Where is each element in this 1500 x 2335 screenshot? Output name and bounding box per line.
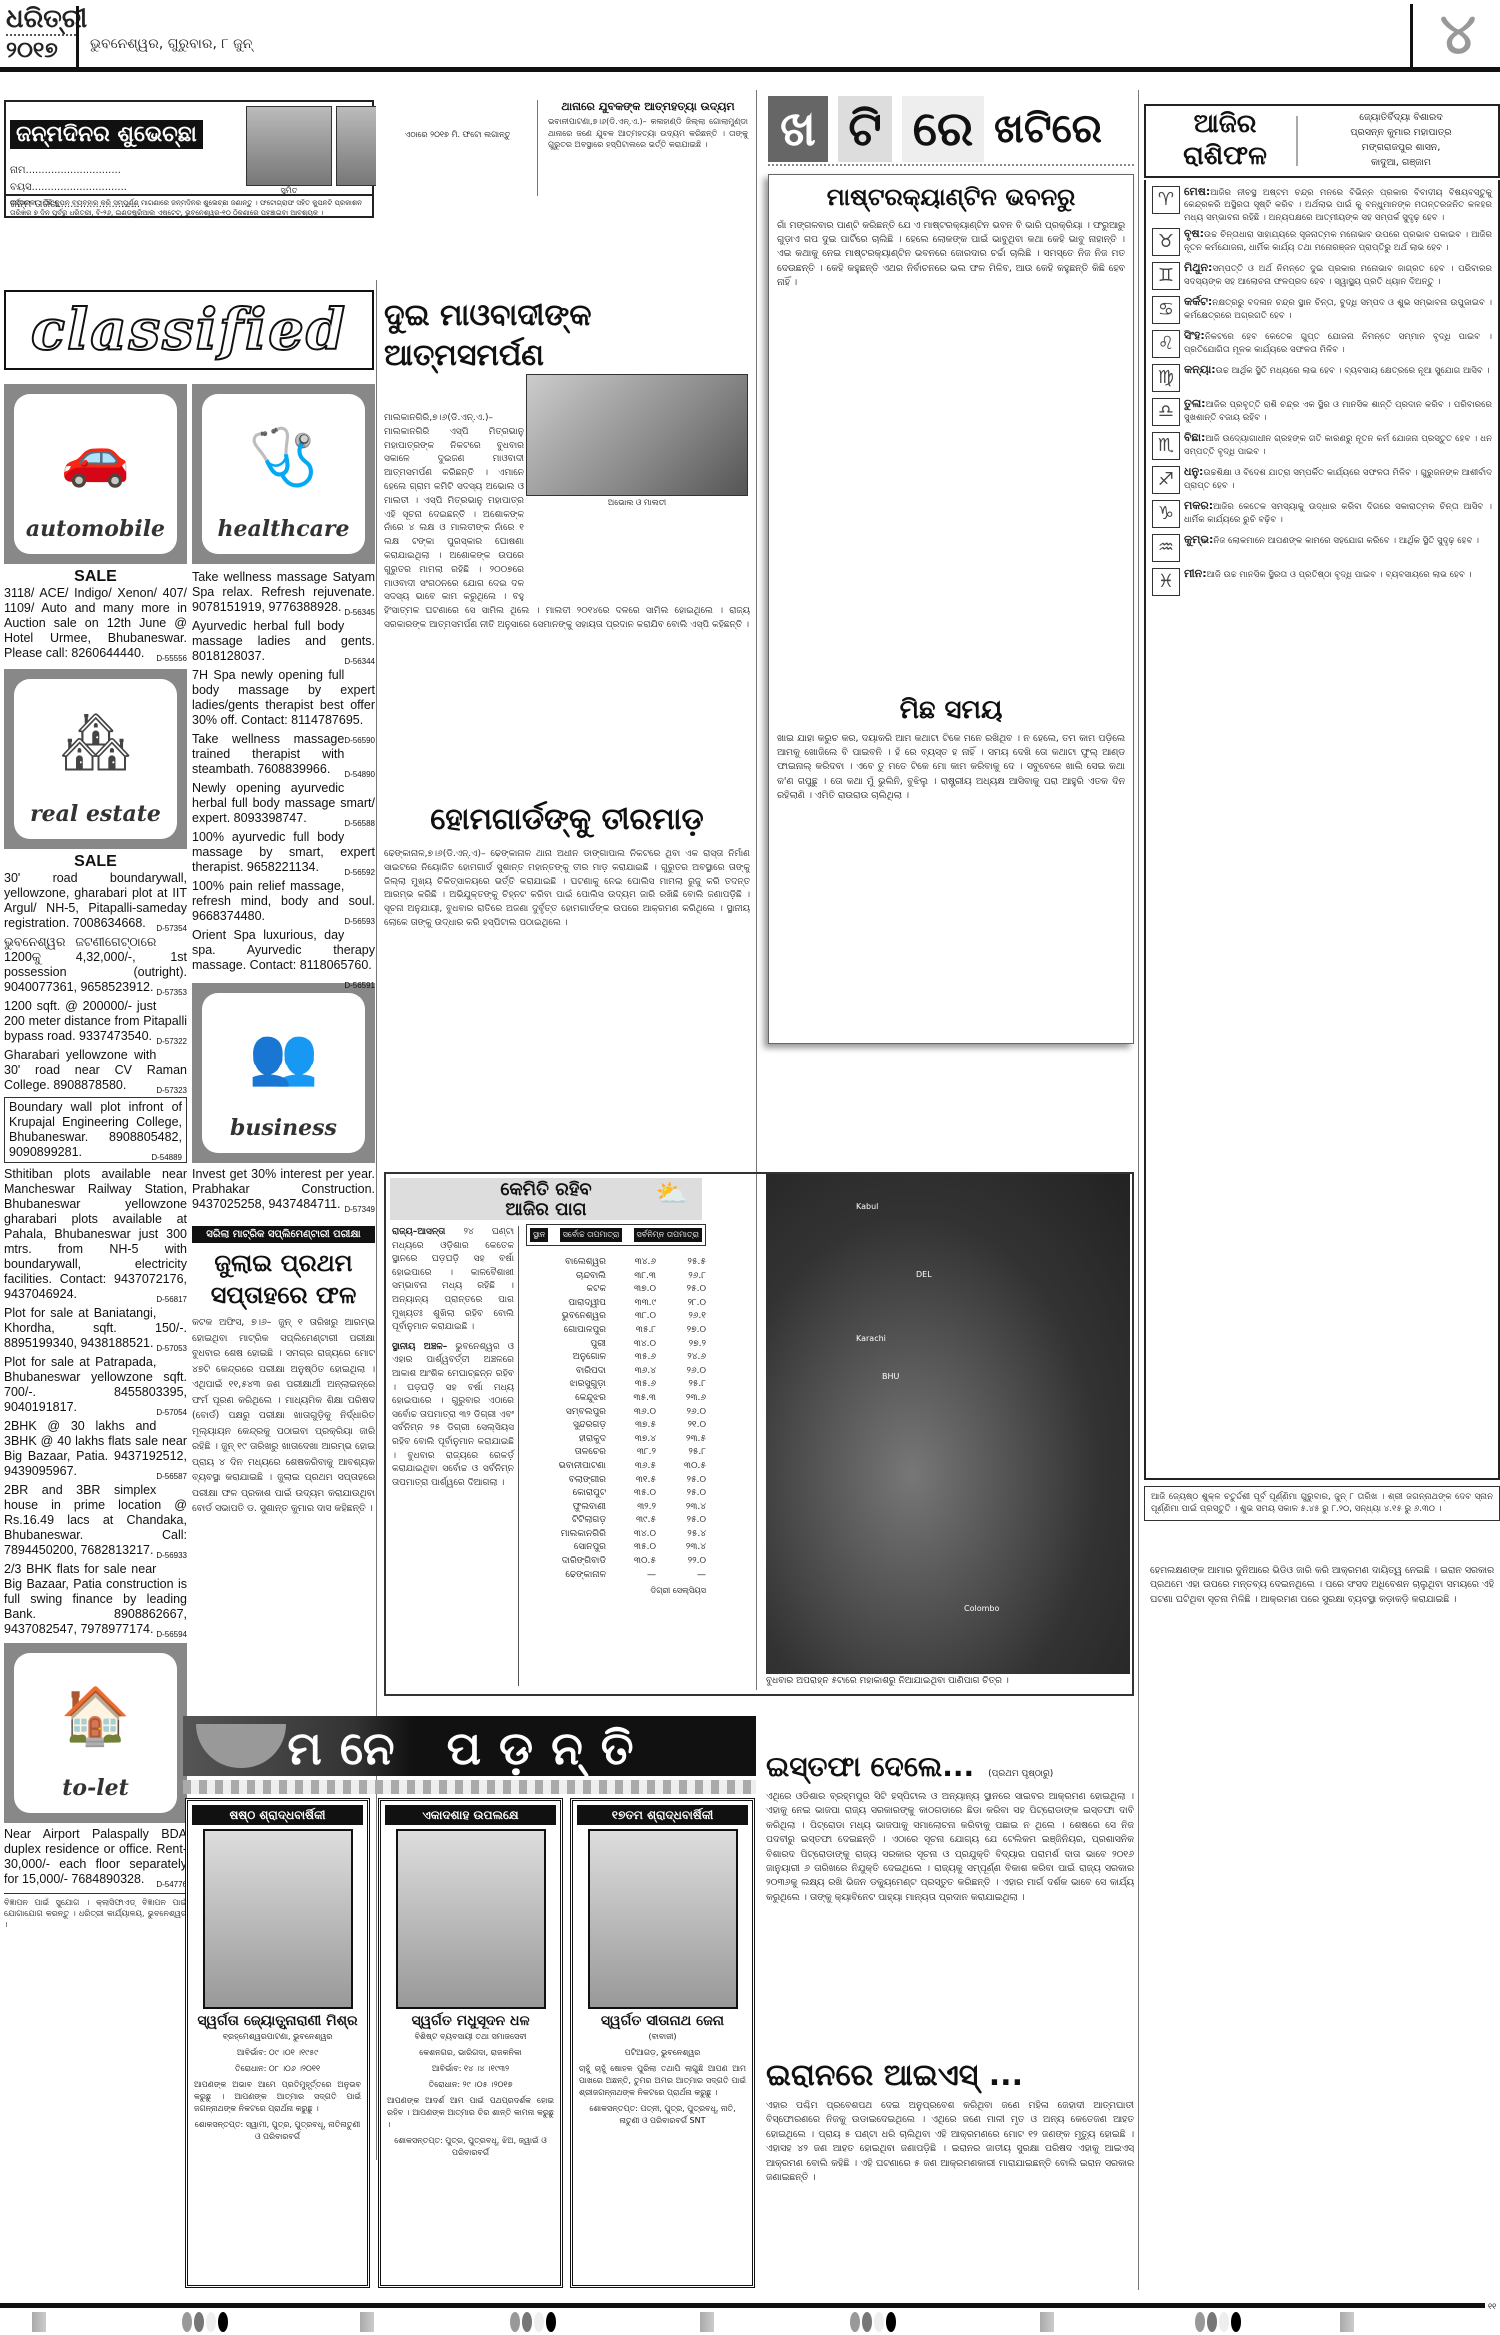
- header-max: ସର୍ବୋଚ୍ଚ ତାପମାତ୍ରା: [560, 1228, 623, 1242]
- temperature-row: ଝାରସୁଗୁଡ଼ା୩୫.୬୨୫.୮: [526, 1378, 706, 1392]
- homeguard-headline[interactable]: ହୋମଗାର୍ଡଙ୍କୁ ତୀରମାଡ଼: [384, 800, 750, 840]
- field-name[interactable]: ନାମ..............................: [10, 162, 140, 179]
- max-temp-cell: ୩୪.୦: [611, 1528, 656, 1542]
- ad-code: D-54776: [156, 1877, 187, 1892]
- obituary-title: ୧୭ତମ ଶ୍ରାଦ୍ଧବାର୍ଷିକୀ: [577, 1805, 748, 1825]
- max-temp-cell: ୩୨.୨: [611, 1501, 656, 1515]
- tag-letter: ରେ: [902, 96, 984, 162]
- temperature-row: ସୋନପୁର୩୫.୦୨୩.୪: [526, 1541, 706, 1555]
- temperature-row: ସମ୍ବଲପୁର୩୬.୦୨୬.୦: [526, 1406, 706, 1420]
- top-story-snippet: ଏଠାରେ ୨୦୧୭ ମି. ଫଟୋ ଲଗାନ୍ତୁ ଥାନାରେ ଯୁବକଙ୍…: [378, 100, 748, 196]
- maoist-story: ଦୁଇ ମାଓବାଦୀଙ୍କ ଆତ୍ମସମର୍ପଣ ଅଭୋଲ ଓ ମାଲତୀ ମ…: [384, 296, 750, 712]
- place-cell: ଦାରିଙ୍ଗିବାଡି: [526, 1555, 606, 1569]
- horoscope-header: ଆଜିର ରାଶିଫଳ ଜ୍ୟୋତିର୍ବିଦ୍ୟା ବିଶାରଦ ପ୍ରସନ୍…: [1144, 104, 1500, 178]
- classified-ad[interactable]: Take wellness massage Satyam Spa relax. …: [192, 570, 375, 615]
- obituary-born: ଆବିର୍ଭାବ: ୧୪ ।୪ ।୧୯୩୨: [381, 2061, 560, 2077]
- ad-code: D-56587: [156, 1469, 187, 1484]
- map-label: Colombo: [964, 1604, 999, 1613]
- min-temp-cell: ୨୩.୬: [661, 1392, 706, 1406]
- min-temp-cell: ୨୨.୦: [661, 1555, 706, 1569]
- obituary-message: ଆପଣଙ୍କ ଅଭାବ ଆମେ ପ୍ରତିମୁହୂର୍ତ୍ତରେ ଅନୁଭବ କ…: [188, 2077, 367, 2117]
- horoscope-sign: ♐ଧନୁ:ଉଚ୍ଚଶିକ୍ଷା ଓ ବିଦେଶ ଯାତ୍ରା ସମ୍ପର୍କିତ…: [1152, 466, 1492, 496]
- sign-text: ସମ୍ପତ୍ତି ଓ ଅର୍ଥ ନିମନ୍ତେ ଦୁଇ ପ୍ରକାର ମନୋଭା…: [1184, 264, 1492, 286]
- temperature-row: ଦାରିଙ୍ଗିବାଡି୩୦.୫୨୨.୦: [526, 1555, 706, 1569]
- temperature-row: କୋରାପୁଟ୩୫.୦୨୫.୦: [526, 1487, 706, 1501]
- place-cell: ଚାନ୍ଦବାଲି: [526, 1270, 606, 1284]
- place-cell: ବଲାଙ୍ଗୀର: [526, 1474, 606, 1488]
- ad-code: D-57349: [344, 1202, 375, 1217]
- place-cell: ସମ୍ବଲପୁର: [526, 1406, 606, 1420]
- header-min: ସର୍ବନିମ୍ନ ତାପମାତ୍ରା: [634, 1228, 702, 1242]
- header-place: ସ୍ଥାନ: [530, 1228, 548, 1242]
- author-line: ମଙ୍ଗରାଜପୁର ଶାସନ,: [1306, 140, 1496, 155]
- sidebar-story: ହେମଲକ୍ଷଣଙ୍କ ଆମାର ଦୁନିଆରେ ଭିଡିଓ ଜାରି କରି …: [1144, 1560, 1500, 2280]
- classified-banner: classified: [4, 290, 374, 370]
- horoscope-sign: ♌ସିଂହ:ନିକଟରେ ହେବ କେତେକ ଗୁପ୍ତ ଯୋଜନା ନିମନ୍…: [1152, 330, 1492, 360]
- max-temp-cell: ୩୭.୫: [611, 1419, 656, 1433]
- satire-body-2: ଖାଇ ଯାହା କରୁଚ କର, ଦୟାକରି ଆମ କଥାଟା ଟିକେ ମ…: [777, 732, 1125, 803]
- sign-name: ସିଂହ:: [1184, 329, 1205, 342]
- obituary-name: ସ୍ୱର୍ଗତା ଜ୍ୟୋତ୍ସ୍ନାରାଣୀ ମିଶ୍ର: [188, 2013, 367, 2029]
- obituary-died: ତିରୋଧାନ: ୨୯ ।୦୫ ।୨୦୧୭: [381, 2077, 560, 2093]
- sign-text: ଆଜିର ପ୍ରବୃତ୍ତି ରାଶି ଚନ୍ଦ୍ର ଏକ ସ୍ଥିର ଓ ମା…: [1184, 400, 1492, 422]
- section-heading-sale: SALE: [4, 853, 187, 871]
- temperature-row: କଟକ୩୭.୦୨୫.୦: [526, 1283, 706, 1297]
- horoscope-title-line: ରାଶିଫଳ: [1160, 140, 1290, 172]
- obituary-family: ଶୋକସନ୍ତପ୍ତ: ସ୍ୱାମୀ, ପୁତ୍ର, ପୁତ୍ରବଧୂ, ନାତ…: [188, 2117, 367, 2145]
- zodiac-sign-icon: ♈: [1152, 186, 1180, 214]
- registration-dots: [850, 2312, 896, 2332]
- zodiac-sign-icon: ♒: [1152, 534, 1180, 562]
- obituary-subtitle: (ବାବାଜୀ): [573, 2029, 752, 2045]
- photo-caption: ଅଭୋଲ ଓ ମାଲତୀ: [526, 498, 748, 508]
- sign-text: ନିଜ ଲୋକମାନେ ଆପଣଙ୍କ କାମରେ ସହଯୋଗ କରିବେ । ଆ…: [1213, 536, 1479, 546]
- map-caption: ବୁଧବାର ଅପରାହ୍ନ ୫ଟାରେ ମହାକାଶରୁ ନିଆଯାଇଥିବା…: [766, 1676, 1130, 1686]
- place-cell: ଫୁଲବାଣୀ: [526, 1501, 606, 1515]
- sign-name: ମୀନ:: [1184, 567, 1207, 580]
- temperature-row: ବଲାଙ୍ଗୀର୩୧.୫୨୫.୦: [526, 1474, 706, 1488]
- satire-tag: ଖ ଟି ରେ ଖଟିରେ: [768, 96, 1134, 166]
- min-temp-cell: ୨୬.୧: [661, 1310, 706, 1324]
- place-cell: କଟକ: [526, 1283, 606, 1297]
- ad-code: D-54890: [344, 767, 375, 782]
- temperature-row: ପାରାଦ୍ୱୀପ୩୩.୯୨୮.୦: [526, 1297, 706, 1311]
- classified-ad[interactable]: 100% ayurvedic full body massage by smar…: [192, 830, 375, 875]
- classified-ad[interactable]: ଭୁବନେଶ୍ୱର ଜଟଣୀଗେଟ୍ଠାରେ 1200କୁ 4,32,000/-…: [4, 935, 187, 995]
- sign-name: ବୃଷ:: [1184, 227, 1204, 240]
- section-heading-sale: SALE: [4, 568, 187, 586]
- place-cell: ମାଲକାନଗିରି: [526, 1528, 606, 1542]
- logo-text: ଧରିତ୍ରୀ: [6, 4, 76, 34]
- registration-dots: [510, 2312, 556, 2332]
- category-label: business: [202, 1115, 365, 1141]
- max-temp-cell: —: [611, 1569, 656, 1583]
- max-temp-cell: ୩୫.୦: [611, 1487, 656, 1501]
- to-let-house-icon: 🏠: [61, 1683, 131, 1749]
- house-icon: 🏘: [60, 709, 131, 775]
- horoscope-title: ଆଜିର ରାଶିଫଳ: [1160, 108, 1290, 172]
- classified-ad[interactable]: Plot for sale at Baniatangi, Khordha, sq…: [4, 1306, 187, 1351]
- obituary-card: ୧୭ତମ ଶ୍ରାଦ୍ଧବାର୍ଷିକୀ ସ୍ୱର୍ଗତ ସୀତାନାଥ ଜେନ…: [570, 1798, 755, 2288]
- classified-column-1: 🚗 automobile SALE 3118/ ACE/ Indigo/ Xen…: [4, 384, 187, 1930]
- sign-text: ଉଚ୍ଚ ଚିନ୍ତାଧାରା ସାହାଯ୍ୟରେ ସୃଜନାତ୍ମକ ମନୋଭ…: [1184, 230, 1492, 252]
- min-temp-cell: ୨୧.୦: [661, 1419, 706, 1433]
- sign-text: ଆଜି ଉଚ୍ଚ ମାନସିକ ସ୍ଥିରତା ଓ ପ୍ରତିଷ୍ଠା ବୃଦ୍…: [1207, 570, 1472, 580]
- horoscope-list: ♈ମେଷ:ଆଜିର ନୀଚସ୍ଥ ଅଷ୍ଟମ ଚନ୍ଦ୍ର ମନରେ ବିଭିନ…: [1144, 180, 1500, 1480]
- masthead: ଧରିତ୍ରୀ ୨୦୧୭ ଭୁବନେଶ୍ୱର, ଗୁରୁବାର, ୮ ଜୁନ୍ …: [0, 0, 1500, 72]
- ad-code: D-57323: [156, 1083, 187, 1098]
- flower-border: [183, 1780, 756, 1794]
- classified-ad[interactable]: 30' road boundarywall, yellowzone, ghara…: [4, 871, 187, 931]
- maoist-photo: [526, 374, 748, 496]
- portrait-photo: [396, 1829, 546, 2009]
- classified-ad[interactable]: 7H Spa newly opening full body massage b…: [192, 668, 375, 728]
- min-temp-cell: ୨୬.୦: [661, 1406, 706, 1420]
- min-temp-cell: ୨୬.୮: [661, 1270, 706, 1284]
- max-temp-cell: ୩୫.୮: [611, 1324, 656, 1338]
- zodiac-sign-icon: ♑: [1152, 500, 1180, 528]
- min-temp-cell: ୨୩.୪: [661, 1541, 706, 1555]
- birthday-coupon: ଜନ୍ମଦିନର ଶୁଭେଚ୍ଛା ନାମ...................…: [4, 100, 374, 218]
- place-cell: କେନ୍ଦୁଝର: [526, 1392, 606, 1406]
- sign-name: ତୁଳା:: [1184, 397, 1206, 410]
- registration-block: [1340, 2312, 1354, 2332]
- satire-column: ଖ ଟି ରେ ଖଟିରେ ମାଷ୍ଟରକ୍ୟାଣ୍ଟିନ ଭବନରୁ ଗାଁ …: [768, 96, 1134, 1044]
- table-header: ସ୍ଥାନ ସର୍ବୋଚ୍ଚ ତାପମାତ୍ରା ସର୍ବନିମ୍ନ ତାପମା…: [526, 1224, 706, 1246]
- place-cell: ଝାରସୁଗୁଡ଼ା: [526, 1378, 606, 1392]
- masthead-divider-right: [1410, 4, 1413, 70]
- max-temp-cell: ୩୭.୦: [611, 1283, 656, 1297]
- resign-headline[interactable]: ଇସ୍ତଫା ଦେଲେ...: [766, 1750, 974, 1784]
- registration-dots: [182, 2312, 228, 2332]
- registration-block: [1040, 2312, 1054, 2332]
- obituary-subtitle: ବିଶିଷ୍ଟ ବ୍ୟବସାୟୀ ତଥା ସମାଜସେବୀ: [381, 2029, 560, 2045]
- weather-forecast-text: ରାଜ୍ୟ–ଆସନ୍ତା ୨୪ ଘଣ୍ଟା ମଧ୍ୟରେ ଓଡ଼ିଶାର କେତ…: [392, 1226, 514, 1490]
- sign-name: ବିଛା:: [1184, 431, 1205, 444]
- max-temp-cell: ୩୫.୦: [611, 1541, 656, 1555]
- temperature-row: ଭୁବନେଶ୍ୱର୩୮.୦୨୬.୧: [526, 1310, 706, 1324]
- temperature-row: ଚାନ୍ଦବାଲି୩୮.୩୨୬.୮: [526, 1270, 706, 1284]
- zodiac-sign-icon: ♋: [1152, 296, 1180, 324]
- photo-placeholder-note: ଏଠାରେ ୨୦୧୭ ମି. ଫଟୋ ଲଗାନ୍ତୁ: [378, 100, 538, 196]
- max-temp-cell: ୩୬.୦: [611, 1406, 656, 1420]
- horoscope-sign: ♉ବୃଷ:ଉଚ୍ଚ ଚିନ୍ତାଧାରା ସାହାଯ୍ୟରେ ସୃଜନାତ୍ମକ…: [1152, 228, 1492, 258]
- max-temp-cell: ୩୪.୬: [611, 1256, 656, 1270]
- child-photo: [246, 106, 332, 186]
- obituary-family: ଶୋକସନ୍ତପ୍ତ: ପତ୍ନୀ, ପୁତ୍ର, ପୁତ୍ରବଧୂ, ନାତି…: [573, 2101, 752, 2129]
- obituary-message: ଆପଣଙ୍କ ଆଦର୍ଶ ଆମ ପାଇଁ ପଥପ୍ରଦର୍ଶକ ହୋଇ ରହିବ…: [381, 2093, 560, 2133]
- iran-body: ଏହାର ପଶ୍ଚିମ ପ୍ରବେଶପଥ ଦେଇ ଅନୁପ୍ରବେଶ କରିଥି…: [766, 2099, 1134, 2289]
- obituary-card: ଷଷ୍ଠ ଶ୍ରାଦ୍ଧବାର୍ଷିକୀ ସ୍ୱର୍ଗତା ଜ୍ୟୋତ୍ସ୍ନା…: [185, 1798, 370, 2288]
- ad-code: D-56345: [344, 605, 375, 620]
- max-temp-cell: ୩୫.୬: [611, 1351, 656, 1365]
- map-label: DEL: [916, 1270, 932, 1279]
- horoscope-sign: ♈ମେଷ:ଆଜିର ନୀଚସ୍ଥ ଅଷ୍ଟମ ଚନ୍ଦ୍ର ମନରେ ବିଭିନ…: [1152, 186, 1492, 224]
- registration-dots: [1195, 2312, 1241, 2332]
- sign-text: ନକ୍ଷତ୍ରରୁ ବଦଳାନ ଚନ୍ଦ୍ର ସ୍ଥାନ ଚିନ୍ତା, ବୁଦ…: [1184, 298, 1492, 320]
- horoscope-sign: ♊ମିଥୁନ:ସମ୍ପତ୍ତି ଓ ଅର୍ଥ ନିମନ୍ତେ ଦୁଇ ପ୍ରକା…: [1152, 262, 1492, 292]
- place-cell: ଗୋପାଳପୁର: [526, 1324, 606, 1338]
- zodiac-sign-icon: ♉: [1152, 228, 1180, 256]
- min-temp-cell: ୨୫.୦: [661, 1514, 706, 1528]
- temperature-row: ଟିଟିଲାଗଡ଼୩୯.୫୨୫.୦: [526, 1514, 706, 1528]
- obituary-name: ସ୍ୱର୍ଗତ ସୀତାନାଥ ଜେନା: [573, 2013, 752, 2029]
- min-temp-cell: ୨୩.୫: [661, 1433, 706, 1447]
- min-temp-cell: ୨୫.୦: [661, 1283, 706, 1297]
- min-temp-cell: —: [661, 1569, 706, 1583]
- classified-ad[interactable]: Invest get 30% interest per year. Prabha…: [192, 1167, 375, 1212]
- maoist-headline[interactable]: ଦୁଇ ମାଓବାଦୀଙ୍କ ଆତ୍ମସମର୍ପଣ: [384, 296, 750, 376]
- zodiac-sign-icon: ♊: [1152, 262, 1180, 290]
- sign-name: ମେଷ:: [1184, 185, 1210, 198]
- horoscope-title-line: ଆଜିର: [1160, 108, 1290, 140]
- masthead-divider: [76, 6, 79, 70]
- temperature-table: ସ୍ଥାନ ସର୍ବୋଚ୍ଚ ତାପମାତ୍ରା ସର୍ବନିମ୍ନ ତାପମା…: [526, 1224, 706, 1596]
- max-temp-cell: ୩୮.୦: [611, 1310, 656, 1324]
- print-registration-marks: [0, 2312, 1500, 2334]
- place-cell: କୋରାପୁଟ: [526, 1487, 606, 1501]
- tag-title: ଖଟିରେ: [994, 96, 1102, 162]
- obituary-title: ଷଷ୍ଠ ଶ୍ରାଦ୍ଧବାର୍ଷିକୀ: [192, 1805, 363, 1825]
- satire-box: ମାଷ୍ଟରକ୍ୟାଣ୍ଟିନ ଭବନରୁ ଗାଁ ମଙ୍ଗଳବାର ପାଣ୍ଟ…: [768, 174, 1134, 1044]
- obituary-name: ସ୍ୱର୍ଗତ ମଧୁସୂଦନ ଧଳ: [381, 2013, 560, 2029]
- ad-code: D-56594: [156, 1627, 187, 1642]
- temperature-row: ସୁନ୍ଦରଗଡ଼୩୭.୫୨୧.୦: [526, 1419, 706, 1433]
- temperature-row: ମାଲକାନଗିରି୩୪.୦୨୫.୪: [526, 1528, 706, 1542]
- column-rule: [376, 280, 377, 2160]
- place-cell: ପାରାଦ୍ୱୀପ: [526, 1297, 606, 1311]
- sign-text: ଆଜି ଉଦ୍ୟୋଗାଧୀନ ଗ୍ରହଙ୍କ ଗତି କାରଣରୁ ନୂତନ କ…: [1184, 434, 1492, 456]
- business-people-icon: 👥: [249, 1023, 319, 1089]
- obituary-card: ଏକାଦଶାହ ଉପଲକ୍ଷେ ସ୍ୱର୍ଗତ ମଧୁସୂଦନ ଧଳ ବିଶିଷ…: [378, 1798, 563, 2288]
- temperature-row: ଅନୁଗୋଳ୩୫.୬୨୪.୬: [526, 1351, 706, 1365]
- category-automobile[interactable]: 🚗 automobile: [4, 384, 187, 564]
- portrait-photo: [203, 1829, 353, 2009]
- logo-year: ୨୦୧୭: [6, 34, 76, 66]
- continued-note: (ପ୍ରଥମ ପୃଷ୍ଠାରୁ): [988, 1769, 1053, 1779]
- exam-story: ସରିଲା ମାଟ୍ରିକ ସପ୍ଲିମେଣ୍ଟାରୀ ପରୀକ୍ଷା ଜୁଲା…: [192, 1226, 375, 1517]
- sign-name: ଧନୁ:: [1184, 465, 1203, 478]
- exam-headline[interactable]: ଜୁଲାଇ ପ୍ରଥମ ସପ୍ତାହରେ ଫଳ: [192, 1247, 375, 1311]
- max-temp-cell: ୩୮.୩: [611, 1270, 656, 1284]
- satellite-map[interactable]: Kabul Karachi DEL BHU Colombo: [766, 1174, 1130, 1674]
- map-label: Karachi: [856, 1334, 886, 1343]
- horoscope-divider: [1296, 116, 1298, 166]
- sign-name: ମିଥୁନ:: [1184, 261, 1212, 274]
- temperature-row: କେନ୍ଦୁଝର୩୫.୩୨୩.୬: [526, 1392, 706, 1406]
- sign-name: କୁମ୍ଭ:: [1184, 533, 1213, 546]
- category-label: automobile: [14, 516, 177, 542]
- classified-ad[interactable]: Plot for sale at Patrapada, Bhubaneswar …: [4, 1355, 187, 1415]
- horoscope-sign: ♒କୁମ୍ଭ:ନିଜ ଲୋକମାନେ ଆପଣଙ୍କ କାମରେ ସହଯୋଗ କର…: [1152, 534, 1492, 564]
- place-cell: ଅନୁଗୋଳ: [526, 1351, 606, 1365]
- zodiac-sign-icon: ♓: [1152, 568, 1180, 596]
- category-healthcare[interactable]: 🩺 healthcare: [192, 384, 375, 564]
- classified-ad[interactable]: Near Airport Palaspally BDA duplex resid…: [4, 1827, 187, 1887]
- classified-ad[interactable]: 3118/ ACE/ Indigo/ Xenon/ 407/ 1109/ Aut…: [4, 586, 187, 661]
- sign-name: କନ୍ୟା:: [1184, 363, 1216, 376]
- satire-body: ଗାଁ ମଙ୍ଗଳବାର ପାଣ୍ଟି କରିଛନ୍ତି ଯେ ଏ ମାଷ୍ଟର…: [777, 219, 1125, 689]
- temperature-row: ବାଲେଶ୍ୱର୩୪.୬୨୫.୫: [526, 1256, 706, 1270]
- ad-code: D-56933: [156, 1548, 187, 1563]
- min-temp-cell: ୩୦.୫: [661, 1460, 706, 1474]
- footer-rule: [0, 2303, 1485, 2308]
- partly-cloudy-icon: ⛅: [656, 1184, 688, 1204]
- obituary-banner: ମନେ ପଡ଼ନ୍ତି: [183, 1716, 756, 1780]
- dateline: ଭୁବନେଶ୍ୱର, ଗୁରୁବାର, ୮ ଜୁନ୍: [90, 36, 252, 52]
- homeguard-body: ଢେଙ୍କାନାଳ,୭।୬(ଡି.ଏନ୍.ଏ)– ଢେଙ୍କାନାଳ ଥାନା …: [384, 848, 750, 1158]
- place-cell: ଭୁବନେଶ୍ୱର: [526, 1310, 606, 1324]
- tag-letter: ଖ: [768, 96, 828, 162]
- column-rule: [1138, 90, 1139, 2290]
- ad-code: D-56588: [344, 816, 375, 831]
- zodiac-sign-icon: ♎: [1152, 398, 1180, 426]
- registration-block: [32, 2312, 46, 2332]
- satire-subhead: ମିଛ ସମୟ: [777, 695, 1125, 726]
- sign-name: ମକର:: [1184, 499, 1213, 512]
- temperature-row: ବାରିପଦା୩୬.୪୨୬.୦: [526, 1365, 706, 1379]
- ad-code: D-57354: [156, 921, 187, 936]
- place-cell: ବାରିପଦା: [526, 1365, 606, 1379]
- exam-body: କଟକ ଅଫିସ, ୭।୬– ଜୁନ୍ ୧ ତାରିଖରୁ ଆରମ୍ଭ ହୋଇଥ…: [192, 1315, 375, 1517]
- min-temp-cell: ୨୩.୪: [661, 1501, 706, 1515]
- max-temp-cell: ୩୩.୯: [611, 1297, 656, 1311]
- min-temp-cell: ୨୫.୦: [661, 1487, 706, 1501]
- portrait-photo: [588, 1829, 738, 2009]
- max-temp-cell: ୩୭.୪: [611, 1433, 656, 1447]
- snippet-headline[interactable]: ଥାନାରେ ଯୁବକଙ୍କ ଆତ୍ମହତ୍ୟା ଉଦ୍ୟମ: [548, 100, 748, 114]
- category-label: real estate: [14, 801, 177, 827]
- min-temp-cell: ୨୫.୮: [661, 1446, 706, 1460]
- resign-story: ଇସ୍ତଫା ଦେଲେ... (ପ୍ରଥମ ପୃଷ୍ଠାରୁ) ଏଥିରେ ଓଡ…: [766, 1750, 1134, 2080]
- local-label: ସ୍ଥାନୀୟ ଅଞ୍ଚଳ–: [392, 1342, 447, 1352]
- ad-code: D-55556: [156, 651, 187, 666]
- classified-column-2: 🩺 healthcare Take wellness massage Satya…: [192, 384, 375, 1517]
- classified-ad[interactable]: 2BHK @ 30 lakhs and 3BHK @ 40 lakhs flat…: [4, 1419, 187, 1479]
- sign-text: ଉଚ୍ଚଶିକ୍ଷା ଓ ବିଦେଶ ଯାତ୍ରା ସମ୍ପର୍କିତ କାର୍…: [1184, 468, 1492, 490]
- classified-ad[interactable]: Sthitiban plots available near Mancheswa…: [4, 1167, 187, 1302]
- satire-headline[interactable]: ମାଷ୍ଟରକ୍ୟାଣ୍ଟିନ ଭବନରୁ: [777, 181, 1125, 213]
- min-temp-cell: ୨୫.୪: [661, 1528, 706, 1542]
- classified-ad[interactable]: 2/3 BHK flats for sale near Big Bazaar, …: [4, 1562, 187, 1637]
- author-line: ଜ୍ୟୋତିର୍ବିଦ୍ୟା ବିଶାରଦ: [1306, 110, 1496, 125]
- obituary-title: ଏକାଦଶାହ ଉପଲକ୍ଷେ: [385, 1805, 556, 1825]
- weather-divider: [518, 1226, 519, 1686]
- sign-text: ଉଚ୍ଚ ଆର୍ଥିକ ସ୍ଥିତି ମଧ୍ୟରେ ଲାଭ ହେବ । ବ୍ୟବ…: [1216, 366, 1490, 376]
- obituary-born: ଆବିର୍ଭାବ: ୦୯ ।୦୧ ।୧୯୫୯: [188, 2045, 367, 2061]
- author-line: କାଦୁଆ, ଗଞ୍ଜାମ: [1306, 155, 1496, 170]
- obituary-died: ତିରୋଧାନ: ୦୮ ।୦୬ ।୨୦୧୧: [188, 2061, 367, 2077]
- ad-code: D-57053: [156, 1341, 187, 1356]
- ad-code: D-57054: [156, 1405, 187, 1420]
- min-temp-cell: ୨୪.୬: [661, 1351, 706, 1365]
- horoscope-sign: ♋କର୍କଟ:ନକ୍ଷତ୍ରରୁ ବଦଳାନ ଚନ୍ଦ୍ର ସ୍ଥାନ ଚିନ୍…: [1152, 296, 1492, 326]
- horoscope-sign: ♓ମୀନ:ଆଜି ଉଚ୍ଚ ମାନସିକ ସ୍ଥିରତା ଓ ପ୍ରତିଷ୍ଠା…: [1152, 568, 1492, 598]
- temperature-row: ତାଳଚେର୩୮.୨୨୫.୮: [526, 1446, 706, 1460]
- classified-ad[interactable]: Orient Spa luxurious, day spa. Ayurvedic…: [192, 928, 375, 973]
- classified-ad[interactable]: 100% pain relief massage, refresh mind, …: [192, 879, 375, 924]
- ad-code: D-57353: [156, 985, 187, 1000]
- max-temp-cell: ୩୯.୫: [611, 1514, 656, 1528]
- temperature-row: ଫୁଲବାଣୀ୩୨.୨୨୩.୪: [526, 1501, 706, 1515]
- ad-code: D-56590: [344, 733, 375, 748]
- max-temp-cell: ୩୫.୬: [611, 1378, 656, 1392]
- registration-block: [360, 2312, 374, 2332]
- stethoscope-icon: 🩺: [249, 424, 319, 490]
- child-photo: [336, 106, 376, 186]
- sign-text: ଆଜିର ନୀଚସ୍ଥ ଅଷ୍ଟମ ଚନ୍ଦ୍ର ମନରେ ବିଭିନ୍ନ ପ୍…: [1184, 188, 1492, 223]
- place-cell: ଢେଙ୍କାନାଳ: [526, 1569, 606, 1583]
- birthday-photo-1: ସୁମିତ: [246, 106, 332, 196]
- author-line: ପ୍ରସନ୍ନ କୁମାର ମହାପାତ୍ର: [1306, 125, 1496, 140]
- place-cell: ହୀରାକୁଦ: [526, 1433, 606, 1447]
- classified-ad[interactable]: Gharabari yellowzone with 30' road near …: [4, 1048, 187, 1093]
- newspaper-logo[interactable]: ଧରିତ୍ରୀ ୨୦୧୭: [6, 4, 76, 66]
- temperature-rows: ବାଲେଶ୍ୱର୩୪.୬୨୫.୫ଚାନ୍ଦବାଲି୩୮.୩୨୬.୮କଟକ୩୭.୦…: [526, 1256, 706, 1582]
- place-cell: ପୁରୀ: [526, 1338, 606, 1352]
- category-real-estate[interactable]: 🏘 real estate: [4, 669, 187, 849]
- horoscope-sign: ♍କନ୍ୟା:ଉଚ୍ଚ ଆର୍ଥିକ ସ୍ଥିତି ମଧ୍ୟରେ ଲାଭ ହେବ…: [1152, 364, 1492, 394]
- obituary-message: ଚାହୁଁ ଚାହୁଁ ଷୋହଳ ପୁରିଲା ତଥାପି ଲାଗୁଛି ଆପଣ…: [573, 2061, 752, 2101]
- sign-name: କର୍କଟ:: [1184, 295, 1212, 308]
- ad-code: D-56592: [344, 865, 375, 880]
- horoscope-author: ଜ୍ୟୋତିର୍ବିଦ୍ୟା ବିଶାରଦ ପ୍ରସନ୍ନ କୁମାର ମହାପ…: [1306, 110, 1496, 170]
- iran-headline[interactable]: ଇରାନରେ ଆଇଏସ୍ ...: [766, 2058, 1134, 2093]
- ad-code: D-56593: [344, 914, 375, 929]
- category-label: to-let: [14, 1775, 177, 1801]
- weather-box: କେମିତି ରହିବ ଆଜିର ପାଗ ⛅ ରାଜ୍ୟ–ଆସନ୍ତା ୨୪ ଘ…: [384, 1172, 1134, 1696]
- classified-ad[interactable]: 1200 sqft. @ 200000/- just 200 meter dis…: [4, 999, 187, 1044]
- place-cell: ତାଳଚେର: [526, 1446, 606, 1460]
- horoscope-sign: ♎ତୁଳା:ଆଜିର ପ୍ରବୃତ୍ତି ରାଶି ଚନ୍ଦ୍ର ଏକ ସ୍ଥି…: [1152, 398, 1492, 428]
- max-temp-cell: ୩୮.୨: [611, 1446, 656, 1460]
- min-temp-cell: ୨୭.୦: [661, 1324, 706, 1338]
- ad-code: D-56591: [344, 978, 375, 993]
- classified-notice: ବିଜ୍ଞାପନ ପାଇଁ ସୁଯୋଗ । କ୍ଲାସିଫାଏଡ୍ ବିଜ୍ଞା…: [4, 1893, 187, 1930]
- category-to-let[interactable]: 🏠 to-let: [4, 1643, 187, 1823]
- classified-ad[interactable]: 2BR and 3BR simplex house in prime locat…: [4, 1483, 187, 1558]
- classified-ad[interactable]: Ayurvedic herbal full body massage ladie…: [192, 619, 375, 664]
- max-temp-cell: ୩୦.୫: [611, 1555, 656, 1569]
- map-label: Kabul: [856, 1202, 878, 1211]
- ad-code: D-56817: [156, 1292, 187, 1307]
- max-temp-cell: ୩୬.୪: [611, 1365, 656, 1379]
- zodiac-sign-icon: ♌: [1152, 330, 1180, 358]
- sign-text: ଆଜିର କେତେକ ସମସ୍ୟାକୁ ଉଦ୍ଧାର କରିବା ଦିଗରେ ସ…: [1184, 502, 1492, 524]
- page-number: ୪: [1440, 2, 1476, 68]
- min-temp-cell: ୨୫.୮: [661, 1378, 706, 1392]
- temperature-row: ପୁରୀ୩୪.୦୨୭.୨: [526, 1338, 706, 1352]
- car-icon: 🚗: [61, 424, 131, 490]
- min-temp-cell: ୨୬.୦: [661, 1365, 706, 1379]
- ad-code: D-54889: [151, 1150, 182, 1165]
- place-cell: ସୁନ୍ଦରଗଡ଼: [526, 1419, 606, 1433]
- obituary-place: କେଶନଗର, ଭାରିଗଦା, ରାଜକନିକା: [381, 2045, 560, 2061]
- min-temp-cell: ୨୫.୫: [661, 1256, 706, 1270]
- homeguard-story: ହୋମଗାର୍ଡଙ୍କୁ ତୀରମାଡ଼ ଢେଙ୍କାନାଳ,୭।୬(ଡି.ଏନ…: [384, 800, 750, 1158]
- classified-ad-boxed[interactable]: Boundary wall plot infront of Krupajal E…: [4, 1097, 187, 1163]
- map-label: BHU: [882, 1372, 899, 1381]
- temperature-row: ଗୋପାଳପୁର୩୫.୮୨୭.୦: [526, 1324, 706, 1338]
- obituary-family: ଶୋକସନ୍ତପ୍ତ: ପୁତ୍ର, ପୁତ୍ରବଧୂ, ଝିଅ, ଜ୍ୱାଇଁ…: [381, 2133, 560, 2161]
- category-business[interactable]: 👥 business: [192, 983, 375, 1163]
- footer-page-number: ୧୧: [1488, 2302, 1496, 2312]
- iran-story: ଇରାନରେ ଆଇଏସ୍ ... ଏହାର ପଶ୍ଚିମ ପ୍ରବେଶପଥ ଦେ…: [766, 2058, 1134, 2289]
- classified-ad[interactable]: Newly opening ayurvedic herbal full body…: [192, 781, 375, 826]
- birthday-coupon-title: ଜନ୍ମଦିନର ଶୁଭେଚ୍ଛା: [10, 120, 203, 149]
- obituary-place: ବ୍ରହ୍ମେଶ୍ୱରପାଟଣା, ଭୁବନେଶ୍ୱର: [188, 2029, 367, 2045]
- place-cell: ବାଲେଶ୍ୱର: [526, 1256, 606, 1270]
